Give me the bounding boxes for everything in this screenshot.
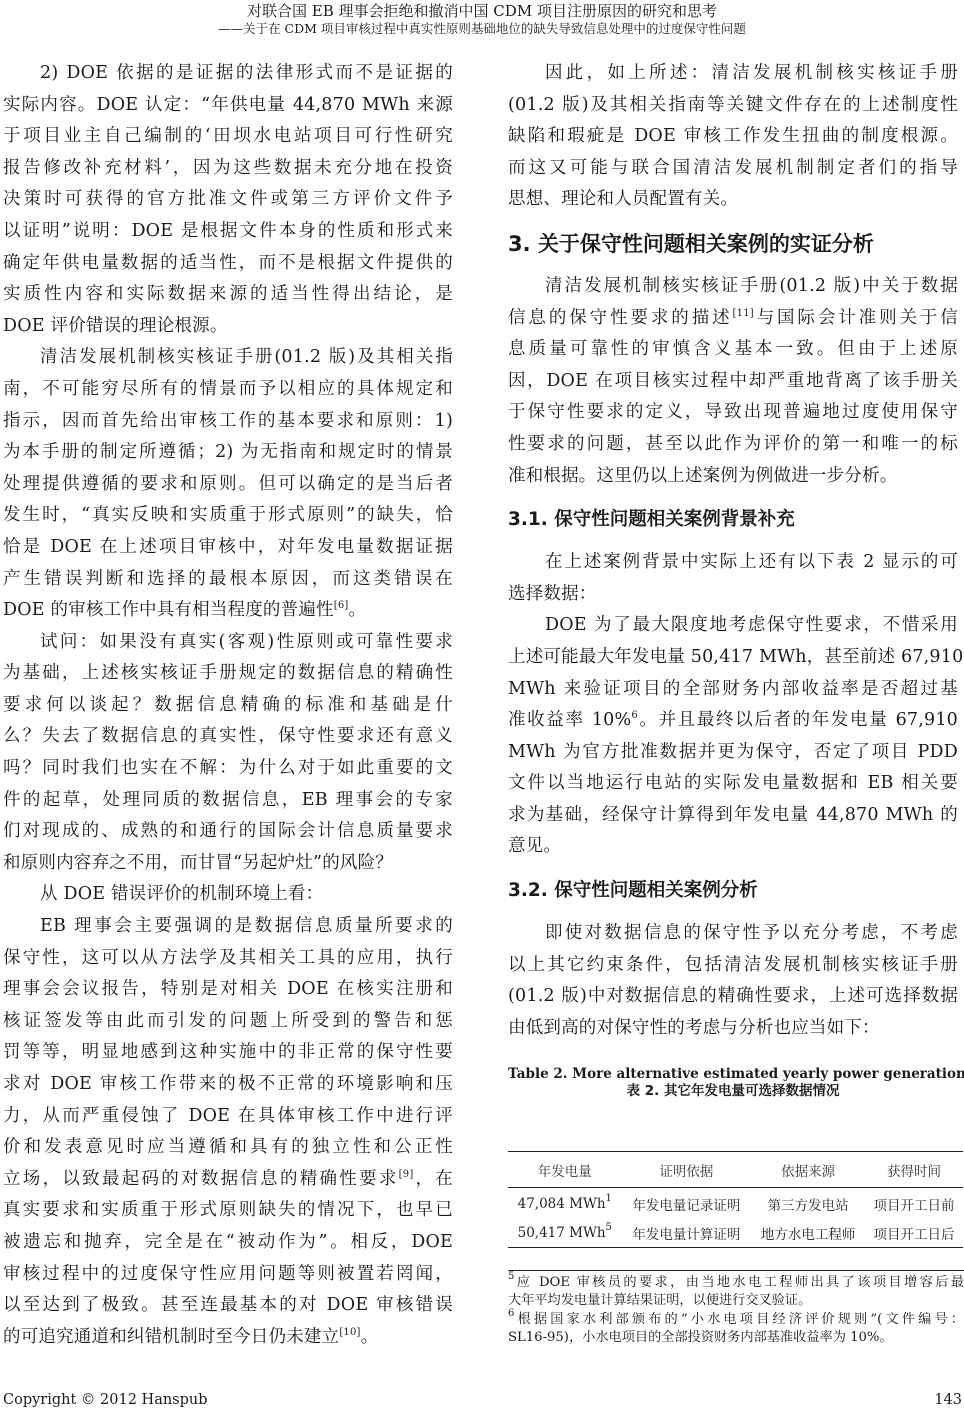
text-line: 即使对数据信息的保守性予以充分考虑，不考虑 (508, 918, 958, 950)
text-line: 报告修改补充材料’，因为这些数据未充分地在投资 (3, 153, 453, 185)
text-line: 南，不可能穷尽所有的情景而予以相应的具体规定和 (3, 374, 453, 406)
text-fragment: 信息的保守性要求的描述 (508, 308, 733, 328)
footnote-line: 大年平均发电量计算结果证明，以便进行交叉验证。 (508, 1292, 964, 1310)
page-number: 143 (934, 1392, 962, 1408)
text-fragment: 。并且最终以后者的年发电量 67,910 (638, 710, 958, 730)
text-fragment: 。 (348, 600, 366, 620)
table-cell: 项目开工日前 (865, 1188, 963, 1219)
text-line: MWh 来验证项目的全部财务内部收益率是否超过基 (508, 674, 958, 706)
table-caption-en: Table 2. More alternative estimated year… (508, 1066, 958, 1083)
paragraph-table-intro: 在上述案例背景中实际上还有以下表 2 显示的可 选择数据： (508, 547, 958, 610)
section-heading-3-1: 3.1. 保守性问题相关案例背景补充 (508, 504, 958, 536)
text-line: 于保守性要求的定义，导致出现普遍地过度使用保守 (508, 397, 958, 429)
paragraph-eb-conservativeness: EB 理事会主要强调的是数据信息质量所要求的 保守性，这可以从方法学及其相关工具… (3, 911, 453, 1353)
running-header-title: 对联合国 EB 理事会拒绝和撤消中国 CDM 项目注册原因的研究和思考 (0, 2, 964, 20)
text-line: 吗？同时我们也实在不解：为什么对于如此重要的文 (3, 753, 453, 785)
section-heading-3: 3. 关于保守性问题相关案例的实证分析 (508, 228, 958, 260)
text-line: 于项目业主自己编制的‘田坝水电站项目可行性研究 (3, 121, 453, 153)
text-line: 意见。 (508, 831, 958, 863)
text-line: 以证明”说明：DOE 是根据文件本身的性质和形式来 (3, 216, 453, 248)
footnote-ref[interactable]: 5 (606, 1222, 612, 1233)
paragraph-mechanism-intro: 从 DOE 错误评价的机制环境上看： (3, 879, 453, 911)
table-cell: 50,417 MWh5 (508, 1218, 622, 1248)
text-line: 在上述案例背景中实际上还有以下表 2 显示的可 (508, 547, 958, 579)
text-line: 清洁发展机制核实核证手册(01.2 版)中关于数据 (508, 271, 958, 303)
text-line: 们对现成的、成熟的和通行的国际会计信息质量要求 (3, 816, 453, 848)
text-line: 文件以当地运行电站的实际发电量数据和 EB 相关要 (508, 768, 958, 800)
citation-ref[interactable]: [10] (339, 1327, 360, 1338)
text-line: 试问：如果没有真实(客观)性原则或可靠性要求 (3, 627, 453, 659)
paragraph-doe-legal-form: 2) DOE 依据的是证据的法律形式而不是证据的 实际内容。DOE 认定：“年供… (3, 58, 453, 342)
text-line: 实际内容。DOE 认定：“年供电量 44,870 MWh 来源 (3, 90, 453, 122)
table-row: 50,417 MWh5 年发电量计算证明 地方水电工程师 项目开工日后 (508, 1218, 963, 1248)
text-line: 罚等等，明显地感到这种实施中的非正常的保守性要 (3, 1037, 453, 1069)
text-line: 性要求的问题，甚至以此作为评价的第一和唯一的标 (508, 429, 958, 461)
text-line: 息质量可靠性的审慎含义基本一致。但由于上述原 (508, 334, 958, 366)
text-fragment: 。 (361, 1327, 379, 1347)
running-header-subtitle: ——关于在 CDM 项目审核过程中真实性原则基础地位的缺失导致信息处理中的过度保… (0, 21, 964, 37)
text-line: 产生错误判断和选择的最根本原因，而这类错误在 (3, 564, 453, 596)
text-line: 缺陷和瑕疵是 DOE 审核工作发生扭曲的制度根源。 (508, 121, 958, 153)
table-cell: 年发电量计算证明 (622, 1218, 752, 1248)
table-cell: 地方水电工程师 (751, 1218, 865, 1248)
text-fragment: 立场，以致最起码的对数据信息的精确性要求 (3, 1169, 399, 1189)
text-line: DOE 的审核工作中具有相当程度的普遍性[6]。 (3, 595, 453, 627)
text-line: 准和根据。这里仍以上述案例为例做进一步分析。 (508, 461, 958, 493)
text-line: DOE 为了最大限度地考虑保守性要求，不惜采用 (508, 610, 958, 642)
text-line: 么？失去了数据信息的真实性，保守性要求还有意义 (3, 721, 453, 753)
text-line: 选择数据： (508, 579, 958, 611)
generation-value: 47,084 MWh (518, 1196, 606, 1212)
text-line: 因此，如上所述：清洁发展机制核实核证手册 (508, 58, 958, 90)
text-line: 决策时可获得的官方批准文件或第三方评价文件予 (3, 184, 453, 216)
footnote-5: 5应 DOE 审核员的要求，由当地水电工程师出具了该项目增容后最 大年平均发电量… (508, 1274, 964, 1309)
text-line: 清洁发展机制核实核证手册(01.2 版)及其相关指 (3, 342, 453, 374)
text-line: 以上其它约束条件，包括清洁发展机制核实核证手册 (508, 950, 958, 982)
text-line: 2) DOE 依据的是证据的法律形式而不是证据的 (3, 58, 453, 90)
text-line: 审核过程中的过度保守性应用问题等则被置若罔闻， (3, 1259, 453, 1291)
copyright-notice: Copyright © 2012 Hanspub (3, 1392, 208, 1408)
text-line: 求为基础，经保守计算得到年发电量 44,870 MWh 的 (508, 800, 958, 832)
text-line: 发生时，“真实反映和实质重于形式原则”的缺失，恰 (3, 500, 453, 532)
text-line: 确定年供电量数据的适当性，而不是根据文件提供的 (3, 248, 453, 280)
text-line: 保守性，这可以从方法学及其相关工具的应用，执行 (3, 943, 453, 975)
text-line: 思想、理论和人员配置有关。 (508, 184, 958, 216)
footnote-6: 6根据国家水利部颁布的“小水电项目经济评价规则”(文件编号： SL16-95)，… (508, 1311, 964, 1346)
text-line: 以至达到了极致。甚至连最基本的对 DOE 审核错误 (3, 1290, 453, 1322)
column-header: 获得时间 (865, 1152, 963, 1188)
text-fragment: 根据国家水利部颁布的“小水电项目经济评价规则”(文件编号： (514, 1312, 964, 1327)
table-cell: 项目开工日后 (865, 1218, 963, 1248)
text-line: MWh 为官方批准数据并更为保守，否定了项目 PDD (508, 737, 958, 769)
table-row: 47,084 MWh1 年发电量记录证明 第三方发电站 项目开工日前 (508, 1188, 963, 1219)
text-line: 的可追究通道和纠错机制时至今日仍未建立[10]。 (3, 1322, 453, 1354)
text-line: 因，DOE 在项目核实过程中却严重地背离了该手册关 (508, 366, 958, 398)
footnote-line: SL16-95)，小水电项目的全部投资财务内部基准收益率为 10%。 (508, 1329, 964, 1347)
citation-ref[interactable]: [6] (334, 600, 349, 611)
table-cell: 第三方发电站 (751, 1188, 865, 1219)
citation-ref[interactable]: [9] (399, 1169, 414, 1180)
table-caption-zh: 表 2. 其它年发电量可选择数据情况 (508, 1083, 958, 1100)
text-line: 力，从而严重侵蚀了 DOE 在具体审核工作中进行评 (3, 1101, 453, 1133)
footnote-divider (508, 1270, 964, 1271)
text-fragment: 与国际会计准则关于信 (754, 308, 958, 328)
text-line: 立场，以致最起码的对数据信息的精确性要求[9]，在 (3, 1164, 453, 1196)
paragraph-manual-conservativeness: 清洁发展机制核实核证手册(01.2 版)中关于数据 信息的保守性要求的描述[11… (508, 271, 958, 492)
text-line: 要求何以谈起？数据信息精确的标准和基础是什 (3, 690, 453, 722)
citation-ref[interactable]: [11] (733, 308, 754, 319)
text-line: EB 理事会主要强调的是数据信息质量所要求的 (3, 911, 453, 943)
paragraph-institutional-roots: 因此，如上所述：清洁发展机制核实核证手册 (01.2 版)及其相关指南等关键文件… (508, 58, 958, 216)
text-line: 实质性内容和实际数据来源的适当性得出结论，是 (3, 279, 453, 311)
text-line: 指示，因而首先给出审核工作的基本要求和原则：1) (3, 406, 453, 438)
paragraph-case-analysis: 即使对数据信息的保守性予以充分考虑，不考虑 以上其它约束条件，包括清洁发展机制核… (508, 918, 958, 1044)
footnote-ref[interactable]: 1 (606, 1193, 612, 1204)
text-line: 为基础，上述核实核证手册规定的数据信息的精确性 (3, 658, 453, 690)
column-header: 年发电量 (508, 1152, 622, 1188)
text-line: 真实要求和实质重于形式原则缺失的情况下，也早已 (3, 1195, 453, 1227)
text-fragment: 准收益率 10% (508, 710, 631, 730)
text-line: 信息的保守性要求的描述[11]与国际会计准则关于信 (508, 303, 958, 335)
footnote-line: 5应 DOE 审核员的要求，由当地水电工程师出具了该项目增容后最 (508, 1274, 964, 1292)
table-header-row: 年发电量 证明依据 依据来源 获得时间 (508, 1152, 963, 1188)
text-line: (01.2 版)及其相关指南等关键文件存在的上述制度性 (508, 90, 958, 122)
text-line: 处理提供遵循的要求和原则。但可以确定的是当后者 (3, 469, 453, 501)
text-fragment: 的可追究通道和纠错机制时至今日仍未建立 (3, 1327, 339, 1347)
text-line: 核证签发等由此而引发的问题上所受到的警告和惩 (3, 1006, 453, 1038)
text-fragment: 应 DOE 审核员的要求，由当地水电工程师出具了该项目增容后最 (514, 1275, 964, 1290)
right-column: 因此，如上所述：清洁发展机制核实核证手册 (01.2 版)及其相关指南等关键文件… (508, 58, 958, 1100)
text-line: 理事会会议报告，特别是对相关 DOE 在核实注册和 (3, 974, 453, 1006)
column-header: 依据来源 (751, 1152, 865, 1188)
table-cell: 47,084 MWh1 (508, 1188, 622, 1219)
text-line: 上述可能最大年发电量 50,417 MWh，甚至前述 67,910 (508, 642, 958, 674)
text-line: 求对 DOE 审核工作带来的极不正常的环境影响和压 (3, 1069, 453, 1101)
text-line: 和原则内容弃之不用，而甘冒“另起炉灶”的风险？ (3, 848, 453, 880)
text-fragment: ，在 (413, 1169, 453, 1189)
text-line: 准收益率 10%6。并且最终以后者的年发电量 67,910 (508, 705, 958, 737)
text-line: 由低到高的对保守性的考虑与分析也应当如下： (508, 1013, 958, 1045)
generation-value: 50,417 MWh (518, 1225, 606, 1241)
text-fragment: DOE 的审核工作中具有相当程度的普遍性 (3, 600, 334, 620)
paragraph-doe-max-generation: DOE 为了最大限度地考虑保守性要求，不惜采用 上述可能最大年发电量 50,41… (508, 610, 958, 863)
text-line: 恰是 DOE 在上述项目审核中，对年发电量数据证据 (3, 532, 453, 564)
footnote-line: 6根据国家水利部颁布的“小水电项目经济评价规则”(文件编号： (508, 1311, 964, 1329)
left-column: 2) DOE 依据的是证据的法律形式而不是证据的 实际内容。DOE 认定：“年供… (3, 58, 453, 1353)
section-heading-3-2: 3.2. 保守性问题相关案例分析 (508, 875, 958, 907)
text-line: 而这又可能与联合国清洁发展机制制定者们的指导 (508, 153, 958, 185)
text-line: 为本手册的制定所遵循；2) 为无指南和规定时的情景 (3, 437, 453, 469)
text-line: 价和发表意见时应当遵循和具有的独立性和公正性 (3, 1132, 453, 1164)
text-line: 被遗忘和抛弃，完全是在“被动作为”。相反，DOE (3, 1227, 453, 1259)
text-line: 件的起草，处理同质的数据信息，EB 理事会的专家 (3, 785, 453, 817)
text-line: (01.2 版)中对数据信息的精确性要求，上述可选择数据 (508, 981, 958, 1013)
paragraph-manual-guidance: 清洁发展机制核实核证手册(01.2 版)及其相关指 南，不可能穷尽所有的情景而予… (3, 342, 453, 626)
column-header: 证明依据 (622, 1152, 752, 1188)
text-line: DOE 评价错误的理论根源。 (3, 311, 453, 343)
table-alternative-generation: 年发电量 证明依据 依据来源 获得时间 47,084 MWh1 年发电量记录证明… (508, 1151, 963, 1248)
paragraph-questions: 试问：如果没有真实(客观)性原则或可靠性要求 为基础，上述核实核证手册规定的数据… (3, 627, 453, 880)
table-cell: 年发电量记录证明 (622, 1188, 752, 1219)
